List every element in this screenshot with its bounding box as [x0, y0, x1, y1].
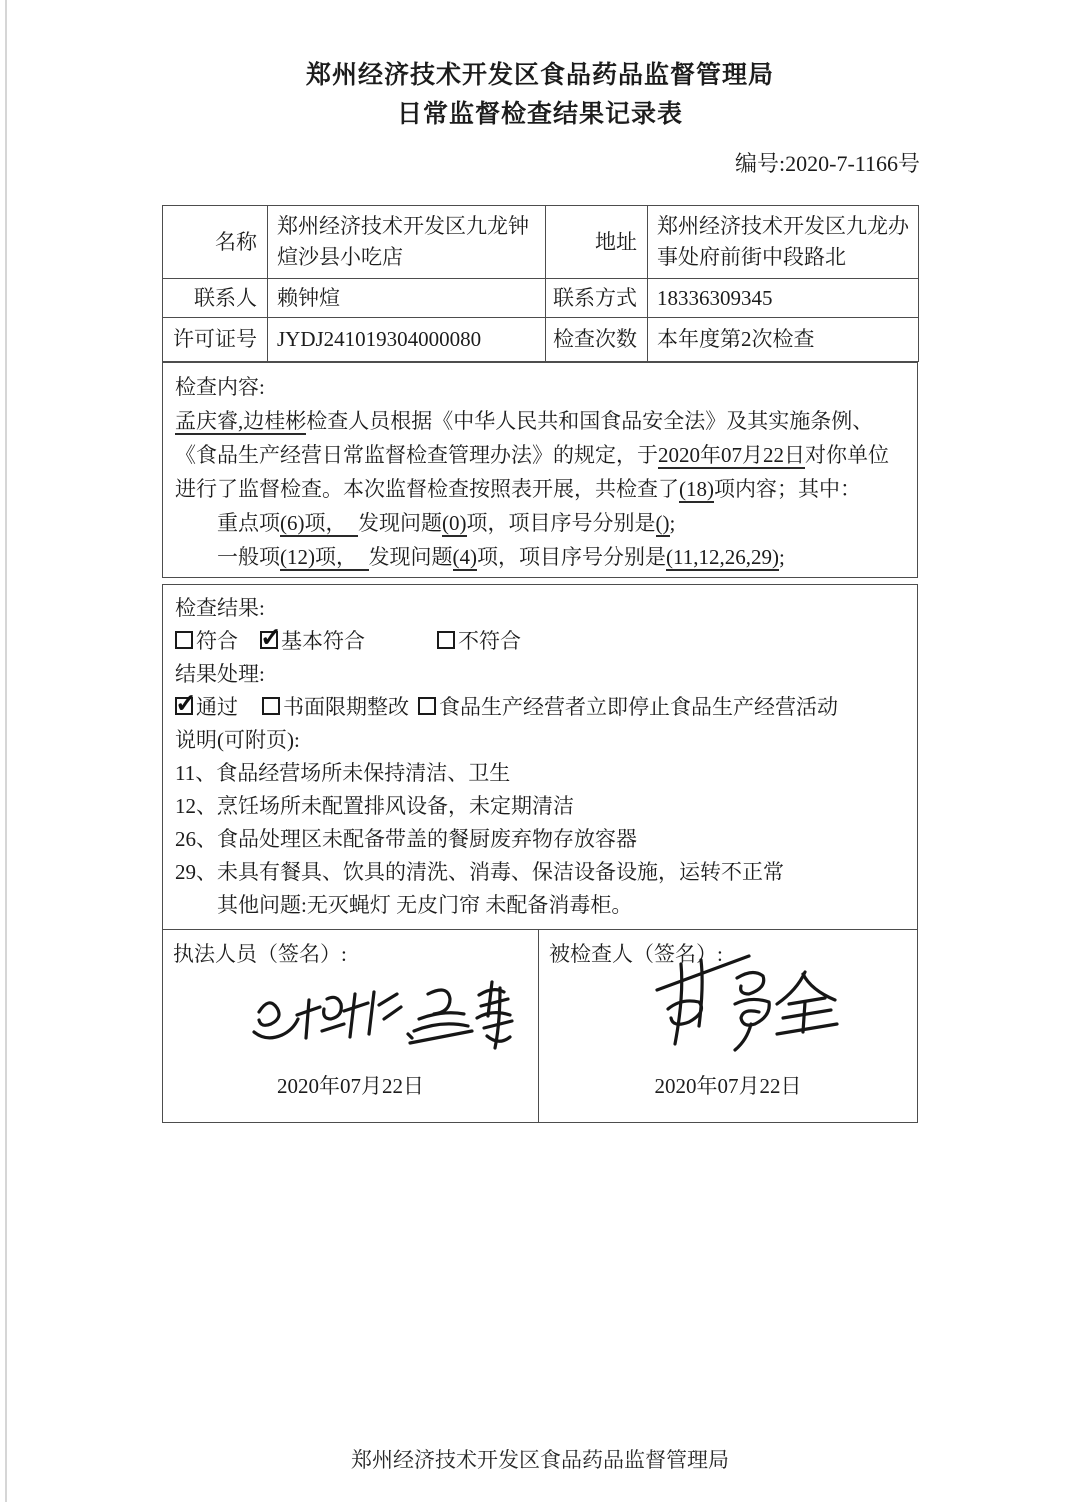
name-value: 郑州经济技术开发区九龙钟煊沙县小吃店	[268, 206, 546, 279]
general-items-count: (12)项，	[280, 545, 369, 571]
option-basically-conform[interactable]: 基本符合	[260, 625, 365, 658]
footer-agency-name: 郑州经济技术开发区食品药品监督管理局	[0, 1444, 1080, 1474]
result-heading: 检查结果:	[175, 592, 905, 625]
checkbox-icon[interactable]	[260, 631, 278, 649]
inspection-result-section: 检查结果: 符合基本符合不符合 结果处理: 通过书面限期整改食品生产经营者立即停…	[162, 584, 918, 1123]
checkbox-icon[interactable]	[437, 631, 455, 649]
address-label: 地址	[546, 206, 648, 279]
total-items-count: (18)	[679, 477, 714, 503]
result-options-row: 符合基本符合不符合	[175, 625, 905, 658]
key-problem-numbers: ()	[656, 511, 670, 537]
note-heading: 说明(可附页):	[175, 724, 905, 757]
issue-item: 12、烹饪场所未配置排风设备，未定期清洁	[175, 790, 905, 823]
phone-label: 联系方式	[546, 279, 648, 318]
enforcer-signature-label: 执法人员（签名）:	[173, 938, 528, 968]
issue-item: 29、未具有餐具、饮具的清洗、消毒、保洁设备设施，运转不正常	[175, 856, 905, 889]
general-items-line: 一般项(12)项，发现问题(4)项，项目序号分别是(11,12,26,29);	[175, 540, 905, 574]
handling-options-row: 通过书面限期整改食品生产经营者立即停止食品生产经营活动	[175, 691, 905, 724]
inspector-names: 孟庆睿,边桂彬	[175, 409, 306, 435]
inspected-signature	[651, 946, 851, 1061]
option-stop-production[interactable]: 食品生产经营者立即停止食品生产经营活动	[418, 691, 838, 724]
license-label: 许可证号	[163, 318, 268, 362]
check-count-value: 本年度第2次检查	[648, 318, 919, 362]
general-problems-count: (4)	[453, 545, 478, 571]
table-row: 联系人 赖钟煊 联系方式 18336309345	[163, 279, 919, 318]
table-row: 名称 郑州经济技术开发区九龙钟煊沙县小吃店 地址 郑州经济技术开发区九龙办事处府…	[163, 206, 919, 279]
inspection-content-section: 检查内容: 孟庆睿,边桂彬检查人员根据《中华人民共和国食品安全法》及其实施条例、…	[162, 362, 918, 578]
document-number: 编号:2020-7-1166号	[162, 147, 920, 178]
inspection-content-heading: 检查内容:	[175, 370, 905, 404]
address-value: 郑州经济技术开发区九龙办事处府前街中段路北	[648, 206, 919, 279]
name-label: 名称	[163, 206, 268, 279]
enforcer-signature-cell: 执法人员（签名）:	[163, 930, 539, 1122]
check-count-label: 检查次数	[546, 318, 648, 362]
checkbox-icon[interactable]	[262, 697, 280, 715]
enforcer-sign-date: 2020年07月22日	[163, 1070, 538, 1100]
checkbox-icon[interactable]	[418, 697, 436, 715]
document-title-line2: 日常监督检查结果记录表	[0, 94, 1080, 130]
general-problem-numbers: (11,12,26,29)	[666, 545, 779, 571]
issue-item: 11、食品经营场所未保持清洁、卫生	[175, 757, 905, 790]
checkbox-icon[interactable]	[175, 631, 193, 649]
option-conform[interactable]: 符合	[175, 625, 238, 658]
option-pass[interactable]: 通过	[175, 691, 238, 724]
license-value: JYDJ241019304000080	[268, 318, 546, 362]
inspection-record-document: 郑州经济技术开发区食品药品监督管理局 日常监督检查结果记录表 编号:2020-7…	[0, 0, 1080, 1502]
option-written-rectification[interactable]: 书面限期整改	[262, 691, 409, 724]
handling-heading: 结果处理:	[175, 658, 905, 691]
inspection-content-paragraph: 孟庆睿,边桂彬检查人员根据《中华人民共和国食品安全法》及其实施条例、《食品生产经…	[175, 404, 905, 506]
inspection-date: 2020年07月22日	[658, 443, 805, 469]
table-row: 许可证号 JYDJ241019304000080 检查次数 本年度第2次检查	[163, 318, 919, 362]
document-title-line1: 郑州经济技术开发区食品药品监督管理局	[0, 55, 1080, 91]
signature-section: 执法人员（签名）:	[163, 929, 917, 1122]
option-not-conform[interactable]: 不符合	[437, 625, 521, 658]
phone-value: 18336309345	[648, 279, 919, 318]
checkbox-icon[interactable]	[175, 697, 193, 715]
contact-label: 联系人	[163, 279, 268, 318]
issue-item: 26、食品处理区未配备带盖的餐厨废弃物存放容器	[175, 823, 905, 856]
inspected-sign-date: 2020年07月22日	[539, 1070, 917, 1100]
inspected-signature-cell: 被检查人（签名）: 2020年07月22日	[539, 930, 917, 1122]
scan-edge-artifact	[5, 0, 7, 1502]
key-items-count: (6)项，	[280, 511, 358, 537]
basic-info-table: 名称 郑州经济技术开发区九龙钟煊沙县小吃店 地址 郑州经济技术开发区九龙办事处府…	[162, 205, 919, 362]
key-items-line: 重点项(6)项，发现问题(0)项，项目序号分别是();	[175, 506, 905, 540]
key-problems-count: (0)	[442, 511, 467, 537]
contact-value: 赖钟煊	[268, 279, 546, 318]
enforcer-signature	[251, 974, 536, 1069]
other-issues-line: 其他问题:无灭蝇灯 无皮门帘 未配备消毒柜。	[175, 889, 905, 922]
